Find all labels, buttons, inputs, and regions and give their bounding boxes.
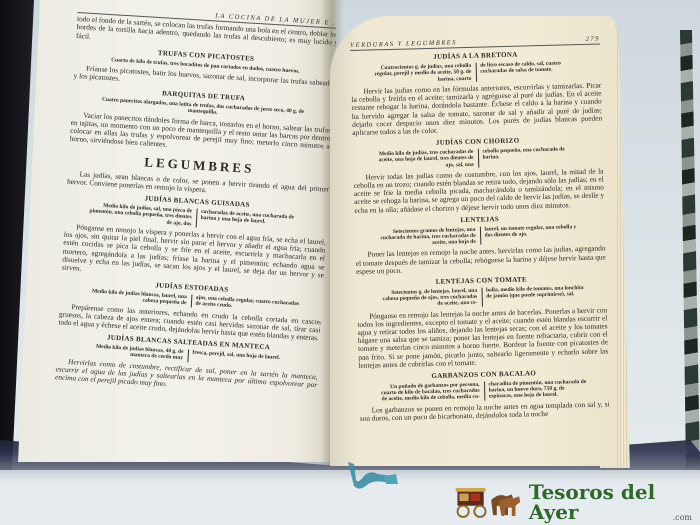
recipe-ingredients: Setecientos g. de lentejas, laurel, una …	[373, 285, 591, 310]
right-page-blocks: JUDÍAS A LA BRETONACuatrocientos g. de j…	[350, 50, 610, 423]
page-number: 279	[586, 35, 600, 43]
ingredients-column: Setecientos g. de lentejas, laurel, una …	[373, 287, 483, 309]
ingredients-column: laurel, un tomate regular, una cebolla y…	[480, 223, 589, 245]
ingredients-column: cebolla pequeña, una cucharada de harina…	[478, 146, 587, 168]
watermark-logo: Tesoros del Ayer .com	[450, 482, 700, 522]
ingredients-column: bolla, medio kilo de tomates, una lonchi…	[482, 285, 591, 307]
ingredients-column: Setecientos gramos de lentejas, una cuch…	[371, 226, 481, 248]
paragraph: Hervir todas las judías como de costumbr…	[353, 167, 604, 214]
bookmark-ribbon-icon	[344, 462, 404, 502]
ingredients-column: de litro escaso de caldo, sal, cuatro cu…	[476, 60, 585, 82]
book-cover-right-marbled	[660, 30, 700, 470]
right-running-head-title: VERDURAS Y LEGUMBRES	[350, 39, 457, 49]
paragraph: Los garbanzos se ponen en remojo la noch…	[360, 400, 610, 423]
paragraph: Pónganse en remojo las lentejas la noche…	[357, 306, 608, 370]
ingredients-column: Un puñado de garbanzos por persona, cuar…	[375, 381, 485, 403]
recipe-ingredients: Medio kilo de judías, tres cucharadas de…	[369, 146, 587, 171]
left-page: LA COCINA DE LA MUJER E... todo el fondo…	[18, 0, 336, 462]
paragraph: Hervir las judías como en las fórmulas a…	[351, 81, 602, 137]
paragraph: Poner las lentejas en remojo la noche an…	[355, 245, 606, 276]
ingredients-column: charadita de pimentón, una cucharada de …	[484, 379, 593, 401]
right-page-text: VERDURAS Y LEGUMBRES 279 JUDÍAS A LA BRE…	[350, 35, 610, 424]
left-page-text: LA COCINA DE LA MUJER E... todo el fondo…	[55, 4, 336, 399]
right-running-head: VERDURAS Y LEGUMBRES 279	[350, 35, 600, 51]
right-page: VERDURAS Y LEGUMBRES 279 JUDÍAS A LA BRE…	[330, 16, 615, 466]
left-page-blocks: todo el fondo de la sartén, se colocan l…	[55, 15, 336, 397]
ingredients-column: Medio kilo de judías, tres cucharadas de…	[369, 149, 479, 171]
stagecoach-icon	[450, 484, 525, 520]
watermark-domain-suffix: .com	[673, 513, 692, 522]
ingredients-column: Cuatrocientos g. de judías, una cebolla …	[367, 63, 477, 85]
recipe-ingredients: Un puñado de garbanzos por persona, cuar…	[375, 379, 593, 404]
photo-scene: LA COCINA DE LA MUJER E... todo el fondo…	[0, 0, 700, 525]
